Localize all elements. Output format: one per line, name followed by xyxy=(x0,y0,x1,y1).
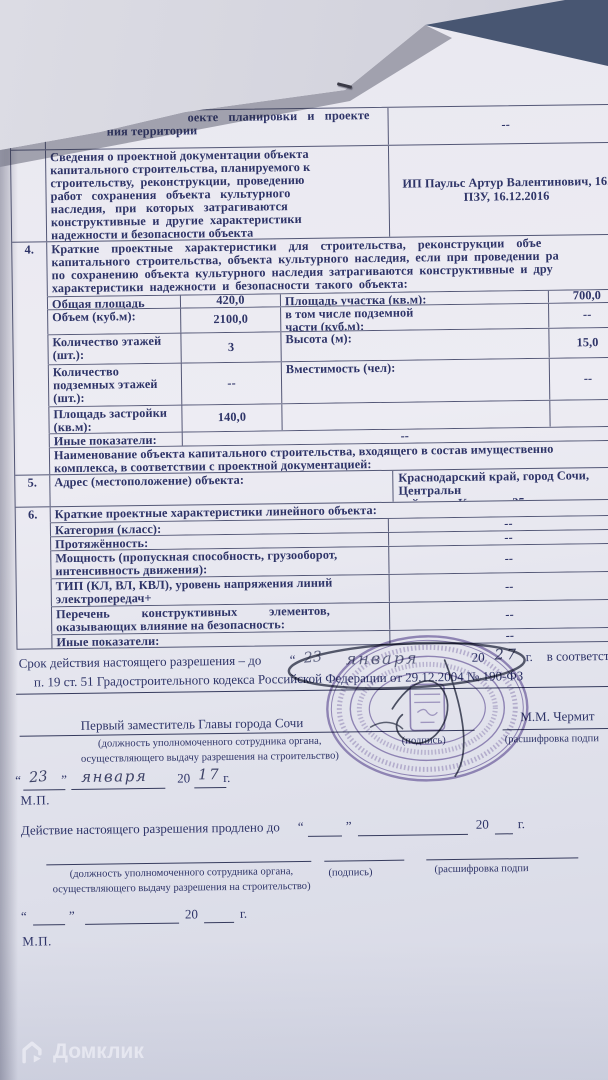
ext-date-month-blank xyxy=(85,923,179,925)
height-value: 15,0 xyxy=(548,328,608,358)
project-docs-label: Сведения о проектной документации объект… xyxy=(46,146,389,241)
ext-year-prefix: 20 xyxy=(476,817,489,833)
ext-date-year-prefix: 20 xyxy=(185,906,198,922)
address-value: Краснодарский край, город Сочи, Централь… xyxy=(392,468,608,502)
date-close-quote: ” xyxy=(61,772,67,788)
empty-cell xyxy=(281,401,549,431)
extension-line: Действие настоящего разрешения продлено … xyxy=(21,819,280,838)
table-row-section4-heading: 4. Краткие проектные характеристики для … xyxy=(12,234,608,297)
day-underline xyxy=(23,789,65,791)
address-label: Адрес (местоположение) объекта: xyxy=(50,471,392,506)
ext-year-suffix: г. xyxy=(518,816,525,832)
ext-position-caption-2: осуществляющего выдачу разрешения на стр… xyxy=(37,881,327,896)
row-number-cell xyxy=(11,150,47,241)
validity-suffix: в соответств xyxy=(547,648,608,665)
project-docs-value: ИП Паульс Артур Валентинович, 16. ПЗУ, 1… xyxy=(388,143,608,237)
ext-position-caption-1: (должность уполномоченного сотрудника ор… xyxy=(36,866,326,881)
power-value: -- xyxy=(388,544,608,574)
seal-mark-2: М.П. xyxy=(22,933,52,949)
handwritten-day: 23 xyxy=(29,769,49,786)
ext-date-year-suffix: г. xyxy=(240,906,247,922)
planning-value: -- xyxy=(387,105,608,145)
capacity-value: -- xyxy=(549,358,608,400)
volume-value: 2100,0 xyxy=(180,307,280,332)
ext-date-day-blank xyxy=(33,924,65,925)
ext-name-underline xyxy=(426,857,578,860)
capacity-label: Вместимость (чел): xyxy=(281,359,550,404)
empty-cell xyxy=(549,400,608,427)
section4-number: 4. xyxy=(12,242,48,296)
ext-name-caption: (расшифровка подпи xyxy=(434,863,528,875)
underground-floors-label: Количество подземных этажей (шт.): xyxy=(49,364,182,407)
ext-day-blank xyxy=(308,835,342,836)
ext-close-quote: ” xyxy=(346,818,352,834)
ext-date-year-blank xyxy=(204,922,234,923)
height-label: Высота (м): xyxy=(280,329,548,362)
volume-label: Объем (куб.м): xyxy=(48,309,180,335)
section6-number: 6. xyxy=(16,507,51,522)
floors-label: Количество этажей (шт.): xyxy=(48,334,180,365)
date-open-quote: “ xyxy=(15,773,21,789)
table-row-planning: оекте планировки и проекте ния территори… xyxy=(10,105,608,150)
structural-elements-value: -- xyxy=(389,600,608,630)
underground-part-label: в том числе подземной части (куб.м): xyxy=(280,304,548,332)
seal-mark: М.П. xyxy=(20,792,50,808)
ext-month-blank xyxy=(358,834,468,836)
planning-label: оекте планировки и проекте ния территори… xyxy=(45,108,387,149)
underground-floors-value: -- xyxy=(181,362,282,404)
ext-year-blank xyxy=(495,833,513,834)
footprint-value: 140,0 xyxy=(181,404,281,431)
plot-area-value: 700,0 xyxy=(548,290,608,303)
document-photo: оекте планировки и проекте ния территори… xyxy=(0,0,608,1080)
domclick-wordmark: Домклик xyxy=(53,1040,144,1064)
table-row-project-docs: Сведения о проектной документации объект… xyxy=(11,142,608,242)
floors-value: 3 xyxy=(180,332,280,362)
permit-document: оекте планировки и проекте ния территори… xyxy=(0,0,608,1080)
section5-number: 5. xyxy=(15,475,50,506)
line-type-value: -- xyxy=(389,572,608,602)
ext-date-close-quote: ” xyxy=(69,908,75,924)
section4-heading: Краткие проектные характеристики для стр… xyxy=(47,235,608,297)
handwritten-year: 17 xyxy=(198,767,221,783)
validity-line: Срок действия настоящего разрешения – до xyxy=(19,653,262,672)
signature-stroke xyxy=(392,681,448,744)
domclick-watermark: Домклик xyxy=(18,1038,144,1066)
ext-signature-underline xyxy=(324,860,404,862)
permit-table: оекте планировки и проекте ния территори… xyxy=(9,104,608,650)
date-year-prefix: 20 xyxy=(177,770,190,786)
ext-date-open-quote: “ xyxy=(21,909,27,925)
ext-signature-caption: (подпись) xyxy=(328,867,372,879)
underground-part-value: -- xyxy=(548,303,608,328)
handwritten-month: января xyxy=(81,767,147,786)
pen-marks xyxy=(273,627,545,801)
month-underline xyxy=(71,788,165,790)
ext-open-quote: “ xyxy=(298,819,304,835)
row-number-cell xyxy=(10,112,45,149)
ext-position-underline xyxy=(46,861,311,865)
domclick-logo-icon xyxy=(18,1038,46,1066)
date-year-suffix: г. xyxy=(223,770,230,786)
footprint-label: Площадь застройки (кв.м): xyxy=(49,406,181,434)
year-underline xyxy=(194,787,226,788)
